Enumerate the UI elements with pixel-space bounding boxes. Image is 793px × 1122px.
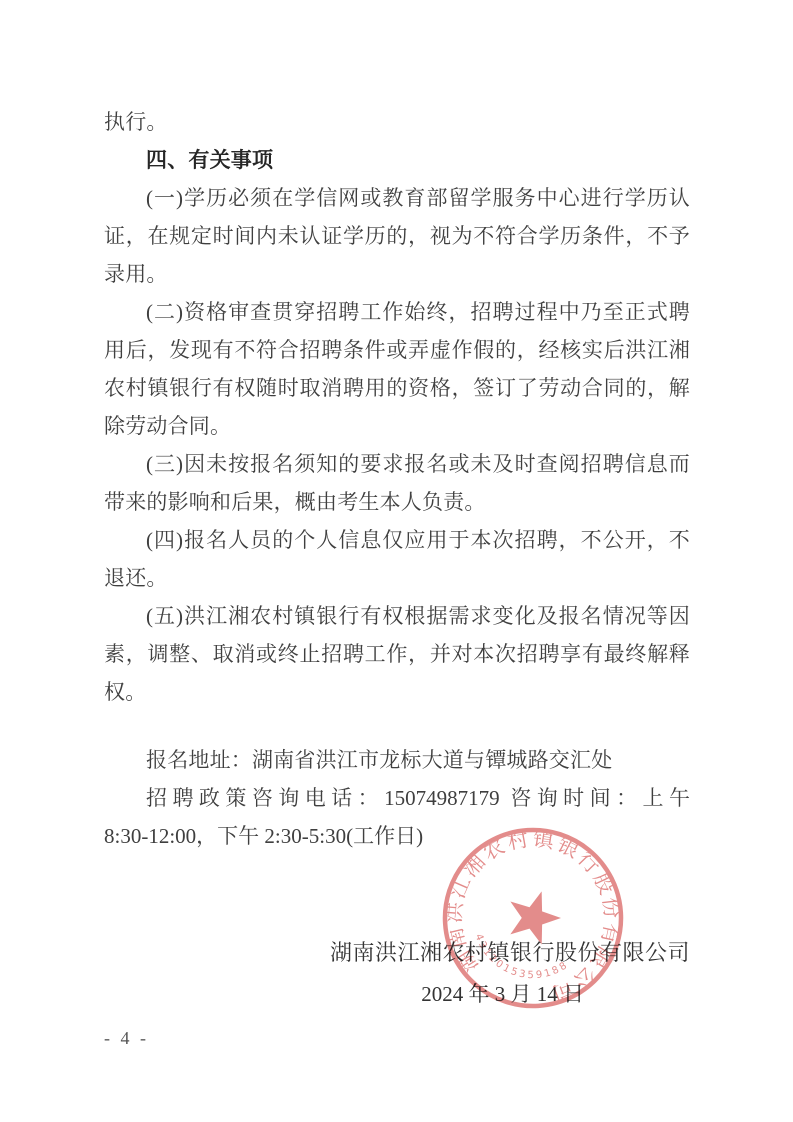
document-page: 执行。 四、有关事项 (一)学历必须在学信网或教育部留学服务中心进行学历认证，在… bbox=[0, 0, 793, 1122]
paragraph-item-1: (一)学历必须在学信网或教育部留学服务中心进行学历认证，在规定时间内未认证学历的… bbox=[104, 179, 690, 293]
contact-phone-paragraph: 招聘政策咨询电话：15074987179 咨询时间：上午 8:30-12:00，… bbox=[104, 779, 690, 855]
signature-date: 2024 年 3 月 14 日 bbox=[104, 973, 690, 1015]
paragraph-item-5: (五)洪江湘农村镇银行有权根据需求变化及报名情况等因素，调整、取消或终止招聘工作… bbox=[104, 597, 690, 711]
contact-phone-line-1: 招聘政策咨询电话：15074987179 咨询时间：上午 bbox=[104, 779, 690, 817]
paragraph-item-2: (二)资格审查贯穿招聘工作始终，招聘过程中乃至正式聘用后，发现有不符合招聘条件或… bbox=[104, 293, 690, 445]
signature-company: 湖南洪江湘农村镇银行股份有限公司 bbox=[104, 933, 690, 973]
paragraph-item-4: (四)报名人员的个人信息仅应用于本次招聘，不公开，不退还。 bbox=[104, 521, 690, 597]
page-number: - 4 - bbox=[104, 1028, 149, 1049]
signature-block: 湖南洪江湘农村镇银行股份有限公司 2024 年 3 月 14 日 bbox=[104, 933, 690, 1015]
paragraph-continuation: 执行。 bbox=[104, 103, 690, 141]
paragraph-item-3: (三)因未按报名须知的要求报名或未及时查阅招聘信息而带来的影响和后果，概由考生本… bbox=[104, 445, 690, 521]
registration-address-line: 报名地址：湖南省洪江市龙标大道与镡城路交汇处 bbox=[104, 741, 690, 779]
section-heading-4: 四、有关事项 bbox=[104, 141, 690, 179]
contact-phone-line-2: 8:30-12:00，下午 2:30-5:30(工作日) bbox=[104, 817, 690, 855]
document-body: 执行。 四、有关事项 (一)学历必须在学信网或教育部留学服务中心进行学历认证，在… bbox=[104, 103, 690, 1015]
